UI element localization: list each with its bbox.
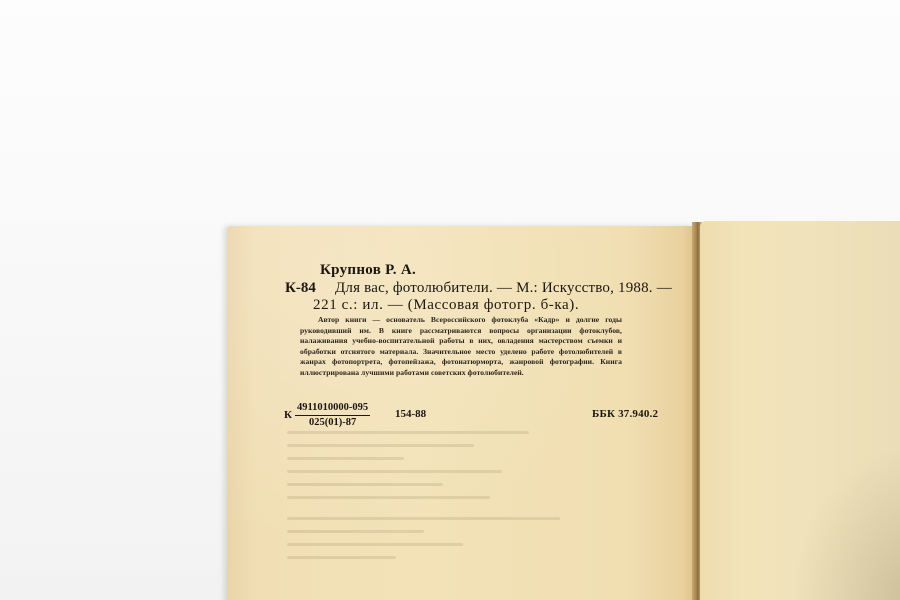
classification-numerator: 4911010000-095	[295, 402, 370, 416]
photo-background: Крупнов Р. А. К-84 Для вас, фотолюбители…	[0, 0, 900, 600]
right-page	[700, 221, 900, 600]
classification-suffix: 154-88	[395, 408, 426, 420]
classification-fraction: 4911010000-095 025(01)-87	[295, 402, 370, 429]
classification-prefix: К	[284, 409, 292, 421]
author-name: Крупнов Р. А.	[320, 262, 416, 279]
bbk-code: ББК 37.940.2	[592, 408, 658, 420]
annotation-text: Автор книги — основатель Всероссийского …	[300, 315, 622, 379]
classification-denominator: 025(01)-87	[309, 416, 356, 429]
index-code: К-84	[285, 280, 316, 297]
imprint-line: 221 с.: ил. — (Массовая фотогр. б-ка).	[313, 297, 579, 314]
title-line: Для вас, фотолюбители. — М.: Искусство, …	[335, 280, 672, 297]
bleed-through-texture	[287, 431, 677, 600]
